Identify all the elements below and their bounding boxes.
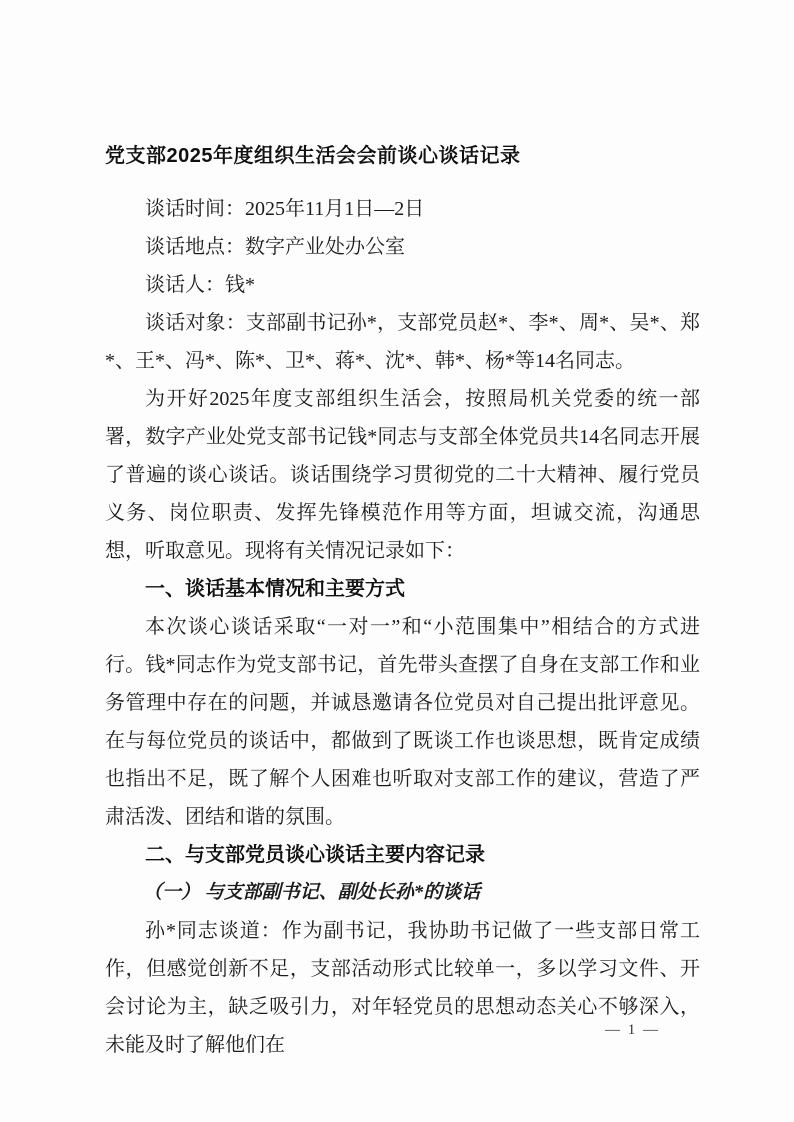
page-number: — 1 — [605,1020,660,1040]
document-title: 党支部2025年度组织生活会会前谈心谈话记录 [105,140,700,172]
meta-talk-time: 谈话时间：2025年11月1日—2日 [105,190,700,228]
subsection-1-heading: （一） 与支部副书记、副处长孙*的谈话 [105,874,700,912]
section-2-heading: 二、与支部党员谈心谈话主要内容记录 [105,836,700,874]
subsection-1-paragraph: 孙*同志谈道：作为副书记，我协助书记做了一些支部日常工作，但感觉创新不足，支部活… [105,912,700,1064]
meta-talk-location: 谈话地点：数字产业处办公室 [105,228,700,266]
intro-paragraph: 为开好2025年度支部组织生活会，按照局机关党委的统一部署，数字产业处党支部书记… [105,380,700,570]
document-page: 党支部2025年度组织生活会会前谈心谈话记录 谈话时间：2025年11月1日—2… [0,0,794,1122]
section-1-heading: 一、谈话基本情况和主要方式 [105,570,700,608]
meta-interviewees: 谈话对象：支部副书记孙*，支部党员赵*、李*、周*、吴*、郑*、王*、冯*、陈*… [105,304,700,380]
section-1-paragraph: 本次谈心谈话采取“一对一”和“小范围集中”相结合的方式进行。钱*同志作为党支部书… [105,608,700,836]
meta-interviewer: 谈话人：钱* [105,266,700,304]
